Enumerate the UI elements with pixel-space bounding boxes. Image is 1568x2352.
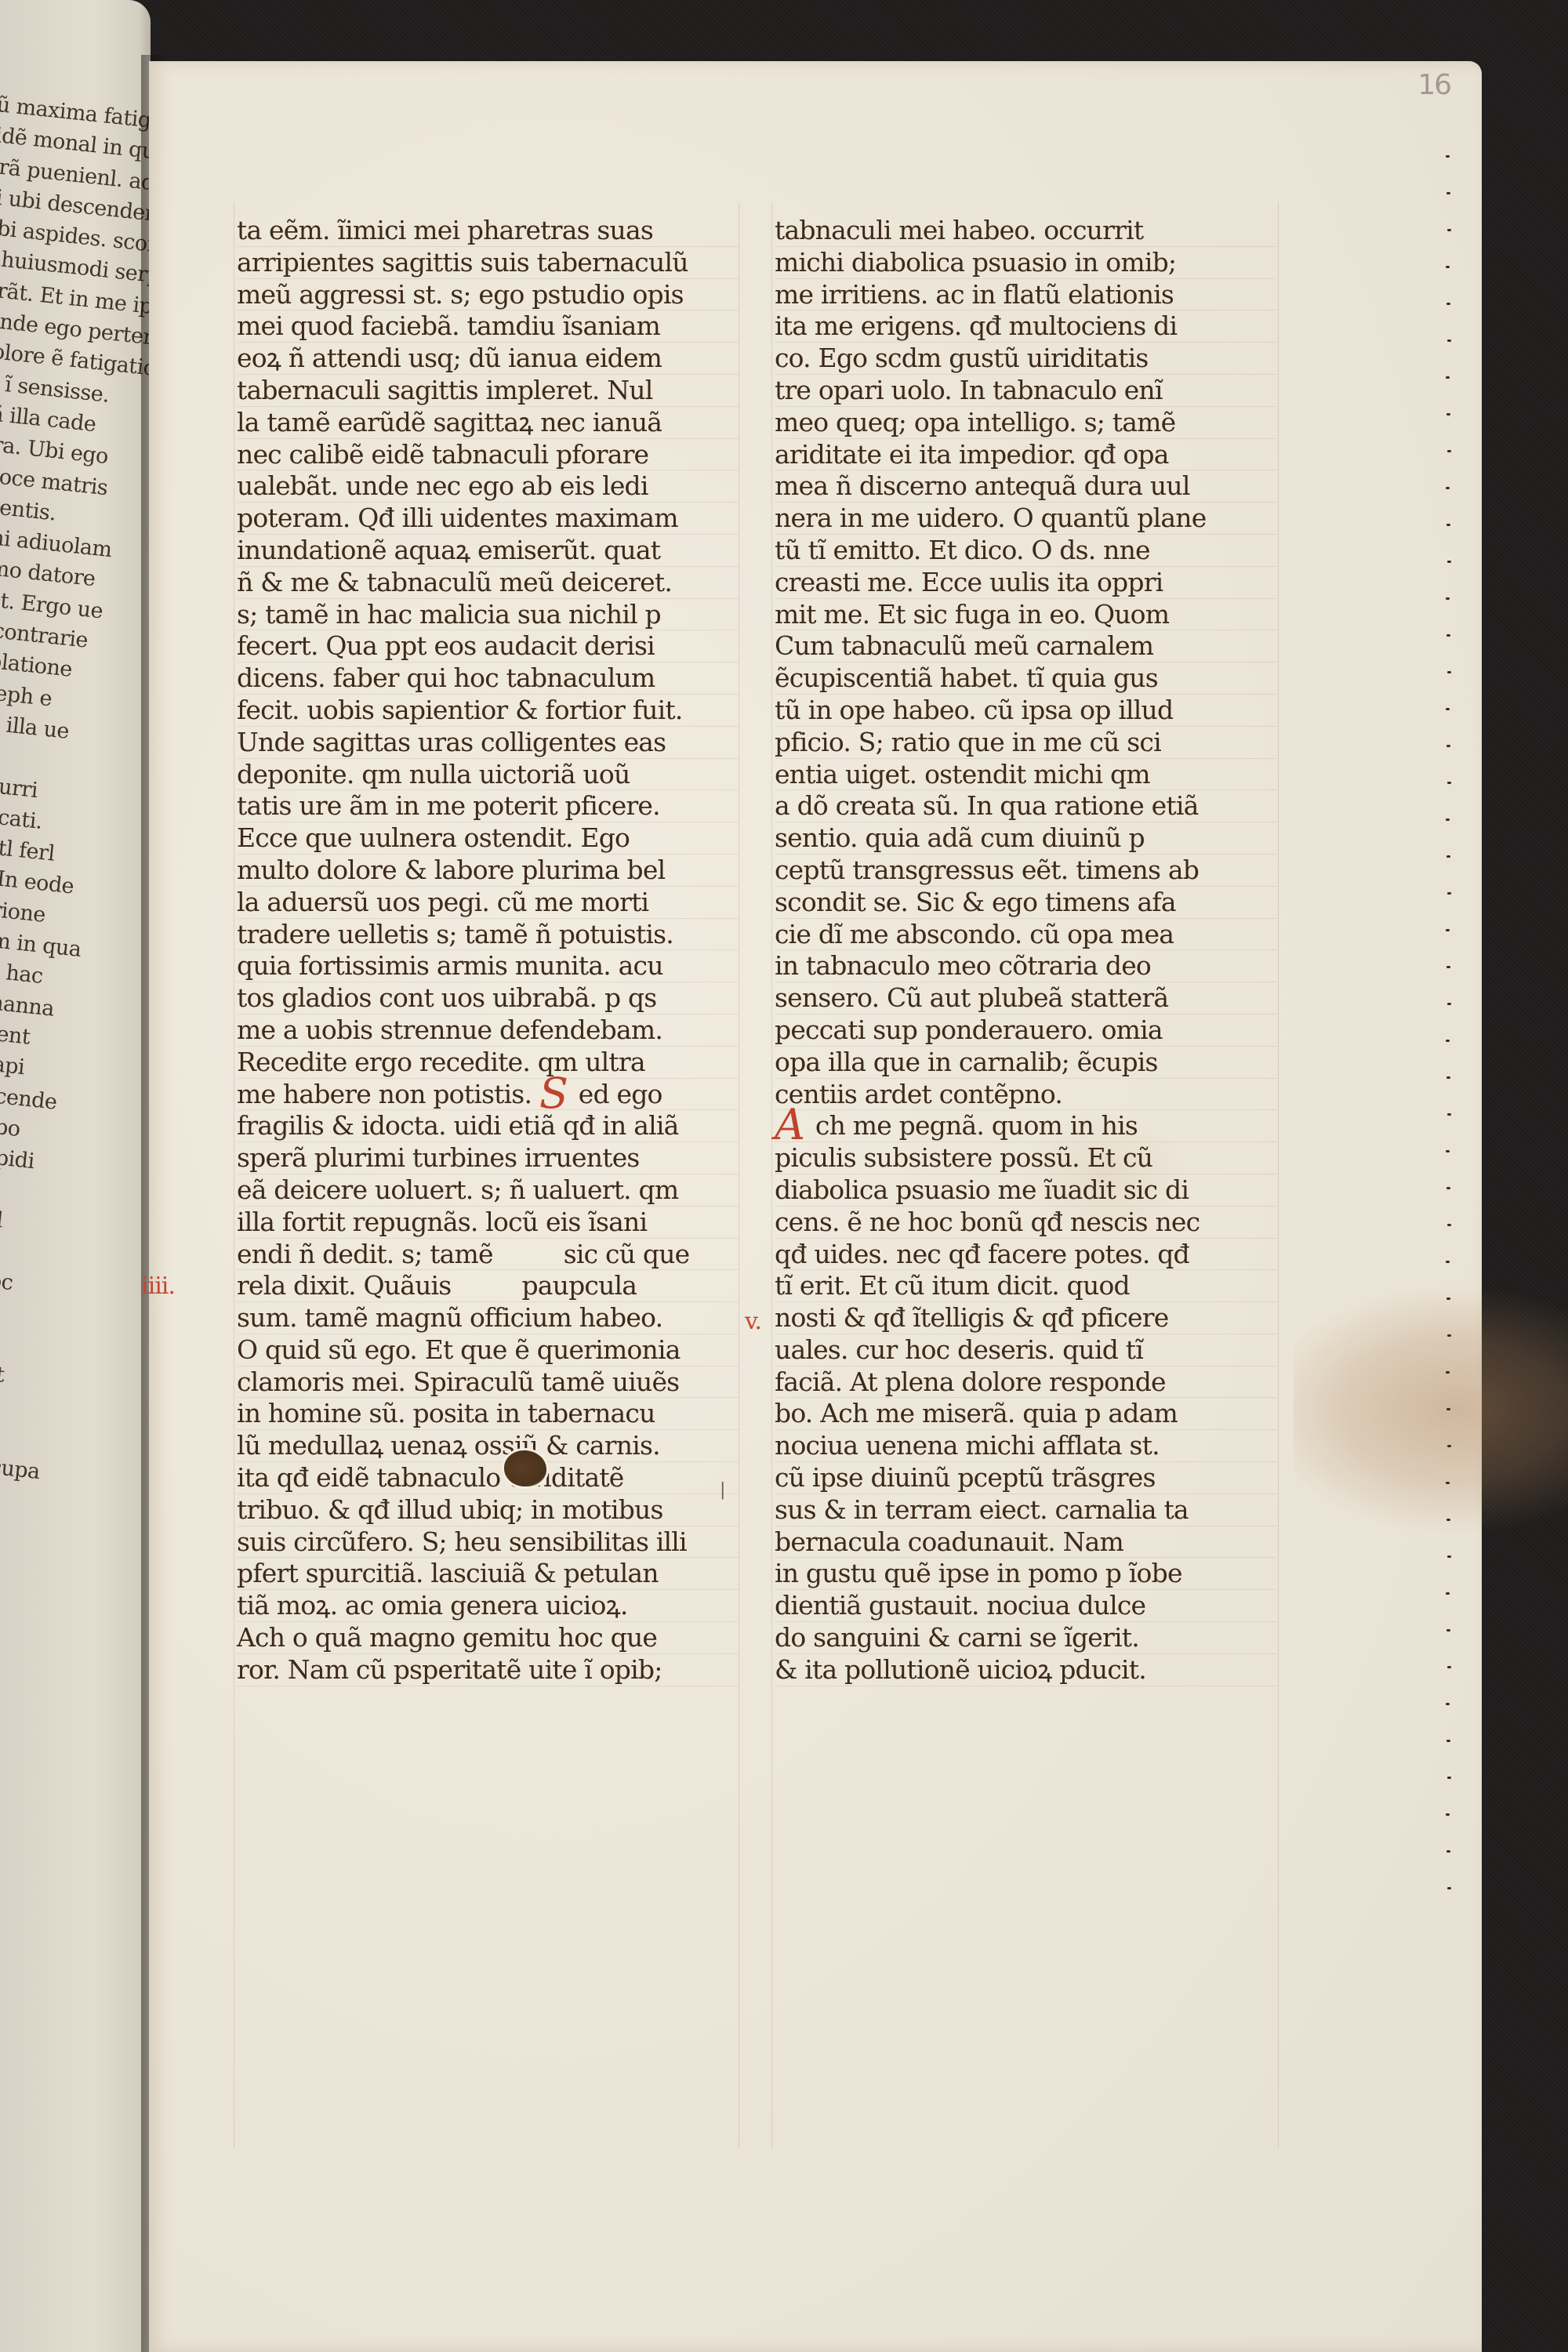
pricking-mark bbox=[1446, 966, 1450, 968]
marginal-numeral-v: v. bbox=[745, 1308, 761, 1335]
pricking-mark bbox=[1447, 1113, 1451, 1116]
text-line: scondit se. Sic & ego timens afa bbox=[775, 887, 1276, 919]
text-line: Ach o quã magno gemitu hoc que bbox=[237, 1622, 739, 1654]
text-line: mit me. Et sic fuga in eo. Quom bbox=[775, 599, 1276, 631]
text-line: endi ñ dedit. s; tamẽsic cũ que bbox=[237, 1239, 739, 1271]
line-text: me habere non potistis. bbox=[237, 1079, 539, 1109]
rubricated-initial-a: A bbox=[775, 1113, 804, 1137]
text-line: cie dĩ me abscondo. cũ opa mea bbox=[775, 919, 1276, 951]
text-line: ror. Nam cũ psperitatẽ uite ĩ opib; bbox=[237, 1654, 739, 1686]
text-line: tribuo. & qđ illud ubiq; in motibus bbox=[237, 1494, 739, 1526]
text-column-right: tabnaculi mei habeo. occurritmichi diabo… bbox=[775, 215, 1276, 1686]
pricking-mark bbox=[1447, 1666, 1451, 1668]
text-line: eã deicere uoluert. s; ñ ualuert. qm bbox=[237, 1174, 739, 1207]
pricking-mark bbox=[1446, 1371, 1450, 1374]
text-line: arripientes sagittis suis tabernaculũ bbox=[237, 247, 739, 279]
line-text: endi ñ dedit. s; tamẽ bbox=[237, 1239, 493, 1269]
pricking-mark bbox=[1447, 1334, 1451, 1337]
pricking-mark bbox=[1446, 1850, 1450, 1853]
text-line: tũ in ope habeo. cũ ipsa op illud bbox=[775, 695, 1276, 727]
text-line: uales. cur hoc deseris. quid tĩ bbox=[775, 1334, 1276, 1367]
line-text: ch me pegnã. quom in his bbox=[808, 1110, 1138, 1141]
text-line: meo queq; opa intelligo. s; tamẽ bbox=[775, 407, 1276, 439]
pricking-mark bbox=[1446, 1740, 1450, 1742]
left-page-text: ẽ cũ maxima fatigationen eidẽ monal in q… bbox=[0, 86, 151, 1486]
text-line: Recedite ergo recedite. qm ultra bbox=[237, 1047, 739, 1079]
pricking-mark bbox=[1447, 892, 1451, 895]
text-line: la aduersũ uos pegi. cũ me morti bbox=[237, 887, 739, 919]
text-line: & ita pollutionẽ uicioꝝ pducit. bbox=[775, 1654, 1276, 1686]
text-line: ẽcupiscentiã habet. tĩ quia gus bbox=[775, 662, 1276, 695]
text-line: inundationẽ aquaꝝ emiserũt. quat bbox=[237, 535, 739, 567]
text-line: cũ ipse diuinũ pceptũ trãsgres bbox=[775, 1462, 1276, 1494]
text-line: la tamẽ earũdẽ sagittaꝝ nec ianuã bbox=[237, 407, 739, 439]
text-line: a dõ creata sũ. In qua ratione etiã bbox=[775, 790, 1276, 822]
pricking-mark bbox=[1447, 1003, 1451, 1005]
text-line: eoꝝ ñ attendi usq; dũ ianua eidem bbox=[237, 343, 739, 375]
ruling-line bbox=[234, 202, 234, 2148]
text-line: s; tamẽ in hac malicia sua nichil p bbox=[237, 599, 739, 631]
pricking-mark bbox=[1446, 708, 1450, 710]
pricking-mark bbox=[1446, 413, 1450, 416]
text-line: cens. ẽ ne hoc bonũ qđ nescis nec bbox=[775, 1207, 1276, 1239]
text-line: ita qđ eidẽ tabnaculo uiriditatẽ bbox=[237, 1462, 739, 1494]
text-line: fecit. uobis sapientior & fortior fuit. bbox=[237, 695, 739, 727]
left-page-fragment: ẽ cũ maxima fatigationen eidẽ monal in q… bbox=[0, 0, 151, 2352]
pricking-mark bbox=[1447, 1555, 1451, 1558]
text-line: quia fortissimis armis munita. acu bbox=[237, 950, 739, 982]
text-line: rela dixit. Quãuispaupcula bbox=[237, 1270, 739, 1302]
text-line: suis circũfero. S; heu sensibilitas illi bbox=[237, 1526, 739, 1559]
pricking-mark bbox=[1446, 376, 1450, 379]
text-line: faciã. At plena dolore responde bbox=[775, 1367, 1276, 1399]
pricking-mark bbox=[1446, 855, 1450, 858]
text-line: ta eẽm. ĩimici mei pharetras suas bbox=[237, 215, 739, 247]
text-line: qđ uides. nec qđ facere potes. qđ bbox=[775, 1239, 1276, 1271]
text-line: clamoris mei. Spiraculũ tamẽ uiuẽs bbox=[237, 1367, 739, 1399]
text-line: Cum tabnaculũ meũ carnalem bbox=[775, 630, 1276, 662]
text-line: bernacula coadunauit. Nam bbox=[775, 1526, 1276, 1559]
text-line: tabnaculi mei habeo. occurrit bbox=[775, 215, 1276, 247]
manuscript-folio: 16 ta eẽm. ĩimici mei pharetras suasarri… bbox=[149, 61, 1482, 2352]
line-text: ed ego bbox=[571, 1079, 662, 1109]
text-line: meũ aggressi st. s; ego pstudio opis bbox=[237, 279, 739, 311]
pricking-mark bbox=[1447, 1887, 1451, 1889]
pricking-mark bbox=[1446, 1519, 1450, 1521]
pricking-mark bbox=[1447, 339, 1451, 342]
pricking-mark bbox=[1446, 192, 1450, 194]
parchment-hole bbox=[504, 1450, 546, 1486]
pricking-mark bbox=[1446, 487, 1450, 489]
text-line: co. Ego scdm gustũ uiriditatis bbox=[775, 343, 1276, 375]
text-line: nera in me uidero. O quantũ plane bbox=[775, 503, 1276, 535]
folio-number: 16 bbox=[1417, 69, 1450, 101]
text-line: A ch me pegnã. quom in his bbox=[775, 1110, 1276, 1142]
line-text: paupcula bbox=[521, 1270, 637, 1301]
pricking-mark bbox=[1447, 229, 1451, 231]
text-line: centiis ardet contẽpno. bbox=[775, 1079, 1276, 1111]
text-line: entia uiget. ostendit michi qm bbox=[775, 759, 1276, 791]
marginal-numeral-iiii: iiii. bbox=[141, 1272, 175, 1300]
text-line: illa fortit repugnãs. locũ eis ĩsani bbox=[237, 1207, 739, 1239]
text-line: O quid sũ ego. Et que ẽ querimonia bbox=[237, 1334, 739, 1367]
text-line: ariditate ei ita impedior. qđ opa bbox=[775, 439, 1276, 471]
pricking-mark bbox=[1446, 634, 1450, 637]
pricking-mark bbox=[1446, 1813, 1450, 1816]
text-line: sensero. Cũ aut plubeã statterã bbox=[775, 982, 1276, 1014]
text-line: Ecce que uulnera ostendit. Ego bbox=[237, 822, 739, 855]
pricking-mark bbox=[1447, 1224, 1451, 1226]
text-line: bo. Ach me miserã. quia p adam bbox=[775, 1398, 1276, 1430]
text-line: mei quod faciebã. tamdiu ĩsaniam bbox=[237, 310, 739, 343]
text-line: in homine sũ. posita in tabernacu bbox=[237, 1398, 739, 1430]
pricking-mark bbox=[1446, 303, 1450, 305]
text-line: tabernaculi sagittis impleret. Nul bbox=[237, 375, 739, 407]
pricking-mark bbox=[1446, 1629, 1450, 1632]
text-line: mea ñ discerno antequã dura uul bbox=[775, 470, 1276, 503]
ruling-line bbox=[771, 202, 772, 2148]
ruling-line bbox=[739, 202, 739, 2148]
text-line: fecert. Qua ppt eos audacit derisi bbox=[237, 630, 739, 662]
text-line: opa illa que in carnalib; ẽcupis bbox=[775, 1047, 1276, 1079]
pricking-mark bbox=[1446, 1261, 1450, 1263]
text-line: in tabnaculo meo cõtraria deo bbox=[775, 950, 1276, 982]
text-line: dicens. faber qui hoc tabnaculum bbox=[237, 662, 739, 695]
text-line: ita me erigens. qđ multociens di bbox=[775, 310, 1276, 343]
text-line: sperã plurimi turbines irruentes bbox=[237, 1142, 739, 1174]
text-line: sum. tamẽ magnũ officium habeo. bbox=[237, 1302, 739, 1334]
text-line: dientiã gustauit. nociua dulce bbox=[775, 1590, 1276, 1622]
pricking-mark bbox=[1446, 266, 1450, 268]
text-line: nociua uenena michi afflata st. bbox=[775, 1430, 1276, 1462]
text-line: ualebãt. unde nec ego ab eis ledi bbox=[237, 470, 739, 503]
text-line: lũ medullaꝝ uenaꝝ ossiũ & carnis. bbox=[237, 1430, 739, 1462]
text-line: Unde sagittas uras colligentes eas bbox=[237, 727, 739, 759]
text-line: sus & in terram eiect. carnalia ta bbox=[775, 1494, 1276, 1526]
pricking-mark bbox=[1446, 597, 1450, 600]
pricking-mark bbox=[1447, 782, 1451, 784]
pricking-mark bbox=[1446, 1076, 1450, 1079]
text-line: diabolica psuasio me ĩuadit sic di bbox=[775, 1174, 1276, 1207]
pricking-mark bbox=[1447, 1445, 1451, 1447]
pricking-mark bbox=[1446, 929, 1450, 931]
text-line: piculis subsistere possũ. Et cũ bbox=[775, 1142, 1276, 1174]
text-line: michi diabolica psuasio in omib; bbox=[775, 247, 1276, 279]
pricking-mark bbox=[1446, 1703, 1450, 1705]
text-line: tos gladios cont uos uibrabã. p qs bbox=[237, 982, 739, 1014]
text-line: nec calibẽ eidẽ tabnaculi pforare bbox=[237, 439, 739, 471]
text-line: me habere non potistis. S ed ego bbox=[237, 1079, 739, 1111]
text-line: deponite. qm nulla uictoriã uoũ bbox=[237, 759, 739, 791]
text-line: tatis ure ãm in me poterit pficere. bbox=[237, 790, 739, 822]
pricking-mark bbox=[1446, 1482, 1450, 1484]
text-line: tĩ erit. Et cũ itum dicit. quod bbox=[775, 1270, 1276, 1302]
text-line: sentio. quia adã cum diuinũ p bbox=[775, 822, 1276, 855]
line-text: rela dixit. Quãuis bbox=[237, 1270, 451, 1301]
text-line: ceptũ transgressus eẽt. timens ab bbox=[775, 855, 1276, 887]
pricking-mark bbox=[1446, 818, 1450, 821]
text-line: in gustu quẽ ipse in pomo p ĩobe bbox=[775, 1558, 1276, 1590]
pricking-mark bbox=[1446, 1298, 1450, 1300]
pricking-mark bbox=[1446, 1187, 1450, 1189]
text-line: tradere uelletis s; tamẽ ñ potuistis. bbox=[237, 919, 739, 951]
text-line: poteram. Qđ illi uidentes maximam bbox=[237, 503, 739, 535]
pricking-mark bbox=[1446, 524, 1450, 526]
rubricated-initial-s: S bbox=[539, 1082, 568, 1105]
text-line: nosti & qđ ĩtelligis & qđ pficere bbox=[775, 1302, 1276, 1334]
pricking-mark bbox=[1447, 671, 1451, 673]
text-line: tiã moꝝ. ac omia genera uicioꝝ. bbox=[237, 1590, 739, 1622]
text-line: me a uobis strennue defendebam. bbox=[237, 1014, 739, 1047]
text-line: me irritiens. ac in flatũ elationis bbox=[775, 279, 1276, 311]
pricking-mark bbox=[1446, 745, 1450, 747]
ruling-line bbox=[1278, 202, 1279, 2148]
ruling-mark: | bbox=[720, 1480, 725, 1500]
line-text: sic cũ que bbox=[564, 1239, 690, 1269]
text-line: do sanguini & carni se ĩgerit. bbox=[775, 1622, 1276, 1654]
text-line: multo dolore & labore plurima bel bbox=[237, 855, 739, 887]
text-line: tũ tĩ emitto. Et dico. O ds. nne bbox=[775, 535, 1276, 567]
pricking-mark bbox=[1447, 561, 1451, 563]
pricking-mark bbox=[1446, 1040, 1450, 1042]
text-column-left: ta eẽm. ĩimici mei pharetras suasarripie… bbox=[237, 215, 739, 1686]
text-line: pficio. S; ratio que in me cũ sci bbox=[775, 727, 1276, 759]
text-line: tre opari uolo. In tabnaculo enĩ bbox=[775, 375, 1276, 407]
pricking-mark bbox=[1446, 1408, 1450, 1410]
text-line: pfert spurcitiã. lasciuiã & petulan bbox=[237, 1558, 739, 1590]
text-line: fragilis & idocta. uidi etiã qđ in aliã bbox=[237, 1110, 739, 1142]
pricking-mark bbox=[1446, 155, 1450, 158]
text-line: ñ & me & tabnaculũ meũ deiceret. bbox=[237, 567, 739, 599]
pricking-mark bbox=[1447, 1777, 1451, 1779]
pricking-mark bbox=[1446, 1150, 1450, 1152]
pricking-mark bbox=[1447, 450, 1451, 452]
pricking-mark bbox=[1446, 1592, 1450, 1595]
text-line: creasti me. Ecce uulis ita oppri bbox=[775, 567, 1276, 599]
text-line: peccati sup ponderauero. omia bbox=[775, 1014, 1276, 1047]
